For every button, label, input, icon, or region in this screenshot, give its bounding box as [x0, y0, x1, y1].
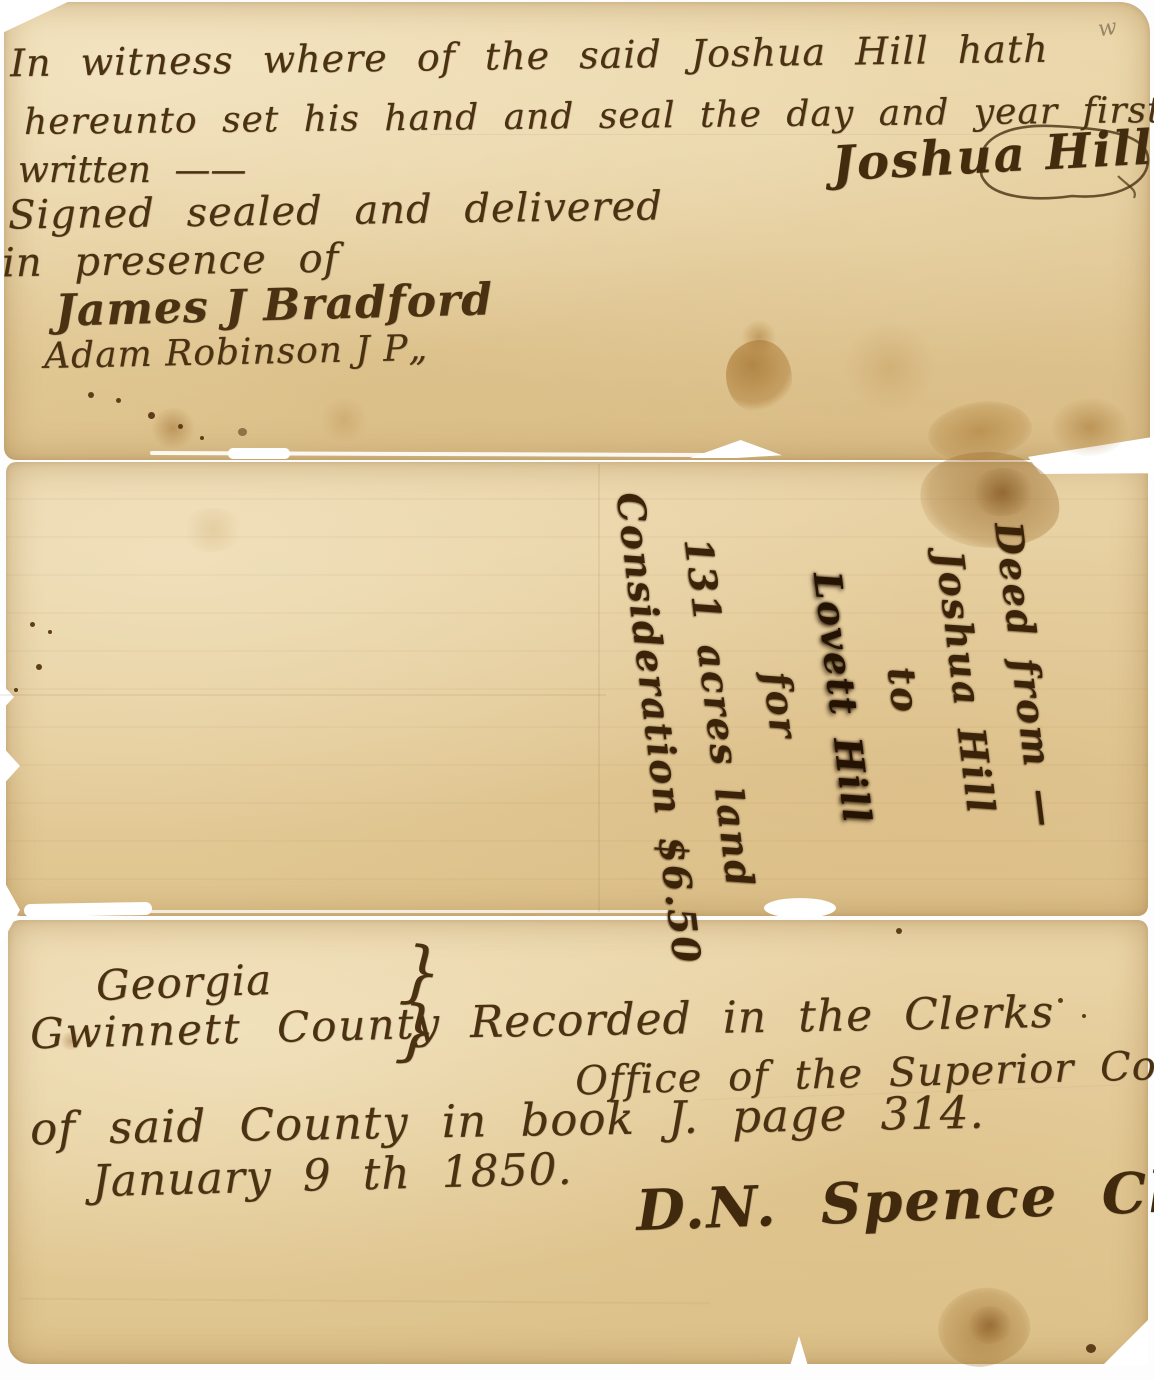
- deed-docket-rotated: Deed from — Joshua Hill to Lovett Hill f…: [586, 442, 1099, 955]
- ink-speck: [178, 424, 183, 429]
- water-stain: [968, 1306, 1012, 1344]
- state-label: Georgia: [95, 955, 273, 1010]
- ink-speck: [238, 428, 247, 436]
- attestation-line-1: Signed sealed and delivered: [8, 183, 663, 238]
- ink-speck: [148, 412, 155, 419]
- ink-speck: [1058, 998, 1063, 1003]
- ink-speck: [1082, 1014, 1086, 1018]
- fold-seam-gap: [24, 902, 152, 917]
- ink-speck: [36, 664, 42, 670]
- fold-seam-gap: [150, 910, 670, 913]
- ink-speck: [14, 688, 18, 692]
- paper-crease: [0, 694, 606, 696]
- ink-speck: [48, 630, 52, 634]
- witness-clause-line-3: written ——: [18, 150, 246, 191]
- ink-speck: [1086, 1344, 1096, 1353]
- water-stain: [1052, 398, 1128, 456]
- witness-signature-robinson: Adam Robinson J P„: [44, 328, 429, 377]
- ink-speck: [30, 622, 35, 627]
- fold-seam-gap: [228, 448, 290, 459]
- water-stain: [150, 408, 196, 448]
- brace-glyph-bottom: }: [394, 1001, 439, 1063]
- ink-speck: [200, 436, 204, 440]
- ink-speck: [896, 928, 902, 934]
- faint-stain: [842, 322, 938, 412]
- scanned-deed-document: w In witness where of the said Joshua Hi…: [0, 0, 1154, 1380]
- faint-stain: [180, 508, 246, 552]
- recording-line-1: Recorded in the Clerks: [470, 987, 1055, 1048]
- faint-stain: [318, 398, 370, 442]
- ink-speck: [116, 398, 121, 403]
- ink-water-stain: [742, 320, 776, 354]
- ink-speck: [88, 392, 94, 398]
- county-brace: } }: [394, 942, 443, 1063]
- pencil-corner-mark: w: [1096, 15, 1118, 42]
